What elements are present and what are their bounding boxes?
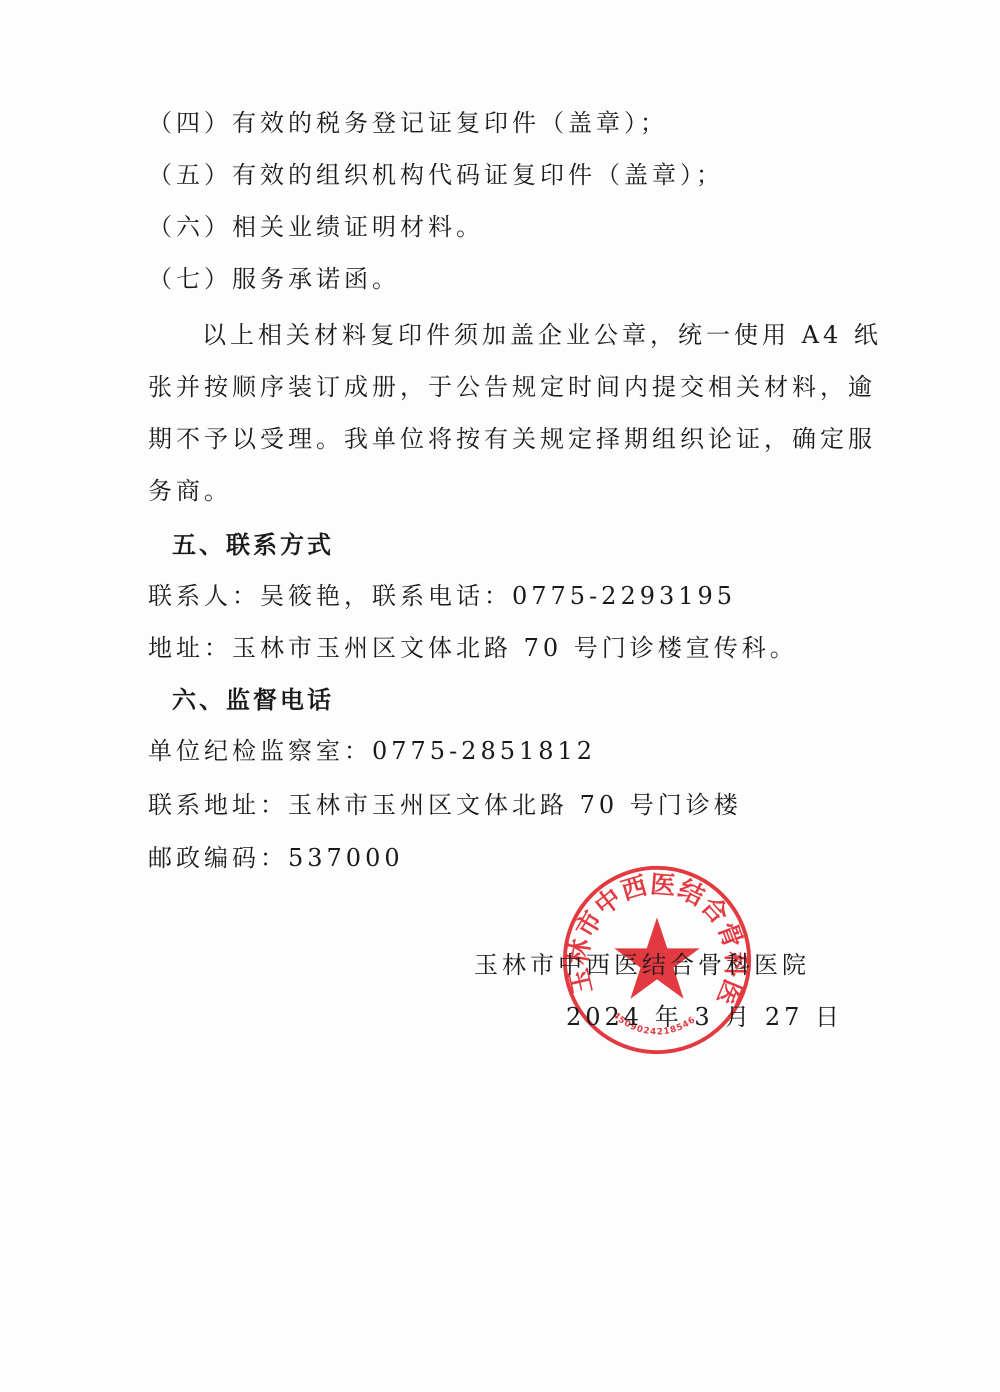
section-heading-contact: 五、联系方式: [172, 530, 334, 560]
paragraph-line-4: 务商。: [148, 476, 232, 506]
document-page: （四）有效的税务登记证复印件（盖章）； （五）有效的组织机构代码证复印件（盖章）…: [0, 0, 1000, 1392]
paragraph-line-2: 张并按顺序装订成册，于公告规定时间内提交相关材料，逾: [148, 372, 876, 402]
list-item-6: （六）相关业绩证明材料。: [148, 212, 484, 242]
signature-date: 2024 年 3 月 27 日: [566, 1002, 843, 1032]
contact-address: 地址：玉林市玉州区文体北路 70 号门诊楼宣传科。: [148, 633, 798, 663]
postcode: 邮政编码：537000: [148, 843, 404, 873]
supervision-phone: 单位纪检监察室：0775-2851812: [148, 736, 596, 766]
section-heading-supervision: 六、监督电话: [172, 685, 334, 715]
list-item-5: （五）有效的组织机构代码证复印件（盖章）；: [148, 160, 724, 190]
paragraph-line-1: 以上相关材料复印件须加盖企业公章，统一使用 A4 纸: [202, 320, 882, 350]
signature-organization: 玉林市中西医结合骨科医院: [474, 950, 810, 980]
contact-person: 联系人：吴筱艳，联系电话：0775-2293195: [148, 581, 736, 611]
list-item-7: （七）服务承诺函。: [148, 264, 400, 294]
list-item-4: （四）有效的税务登记证复印件（盖章）；: [148, 108, 668, 138]
paragraph-line-3: 期不予以受理。我单位将按有关规定择期组织论证，确定服: [148, 424, 876, 454]
supervision-address: 联系地址：玉林市玉州区文体北路 70 号门诊楼: [148, 790, 742, 820]
